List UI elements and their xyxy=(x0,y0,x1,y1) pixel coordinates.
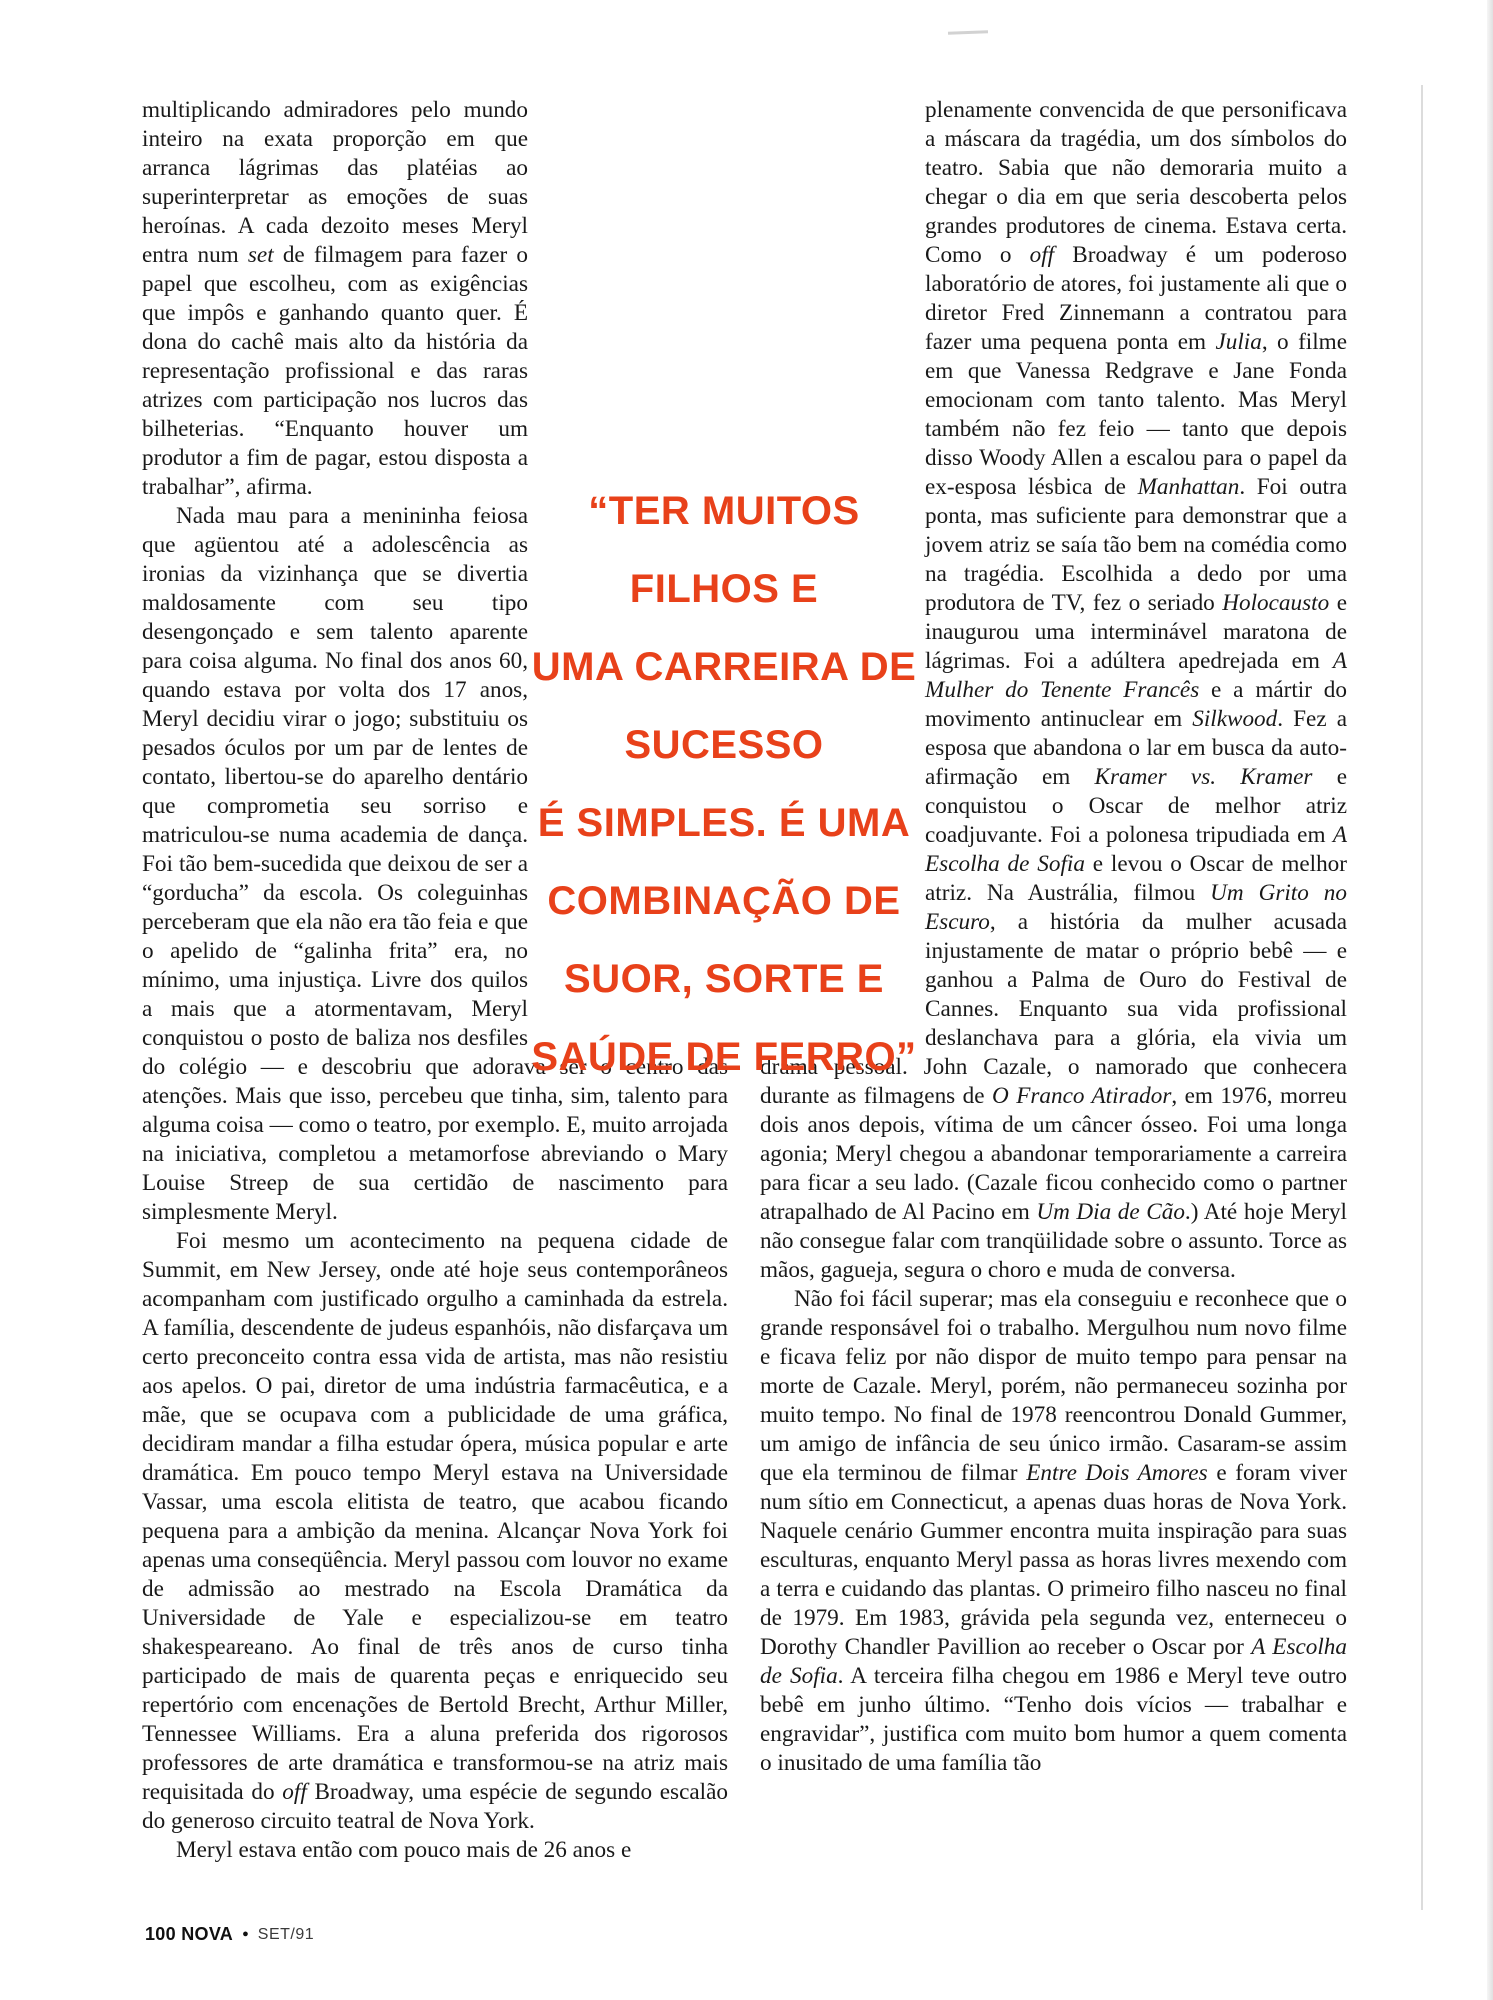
pull-quote-line: SUOR, SORTE E xyxy=(528,940,920,1018)
pull-quote-line: “TER MUITOS xyxy=(528,472,920,550)
scan-artifact-dash xyxy=(948,30,988,34)
pull-quote-line: FILHOS E xyxy=(528,550,920,628)
pull-quote-line: COMBINAÇÃO DE xyxy=(528,862,920,940)
text-run: Meryl estava então com pouco mais de 26 … xyxy=(176,1837,631,1863)
text-run: de filmagem para fazer o papel que escol… xyxy=(142,242,528,500)
pull-quote-line: SUCESSO xyxy=(528,706,920,784)
pull-quote: “TER MUITOS FILHOS E UMA CARREIRA DE SUC… xyxy=(528,472,920,1096)
italic-text-run: Kramer vs. Kramer xyxy=(1095,764,1313,790)
italic-text-run: off xyxy=(1030,242,1054,268)
issue-date: SET/91 xyxy=(258,1926,314,1944)
footer-bullet-icon: ● xyxy=(242,1929,249,1940)
paragraph: Meryl estava então com pouco mais de 26 … xyxy=(142,1836,728,1865)
text-run: e foram viver num sítio em Connecticut, … xyxy=(760,1460,1347,1660)
page-footer: 100 NOVA ● SET/91 xyxy=(145,1924,314,1945)
magazine-name-page-number: 100 NOVA xyxy=(145,1924,233,1945)
pull-quote-line: UMA CARREIRA DE xyxy=(528,628,920,706)
text-run: Foi mesmo um acontecimento na pequena ci… xyxy=(142,1228,728,1805)
italic-text-run: Um Dia de Cão xyxy=(1036,1199,1185,1225)
italic-text-run: Silkwood xyxy=(1192,706,1277,732)
italic-text-run: Manhattan xyxy=(1138,474,1240,500)
scan-edge-line xyxy=(1421,85,1423,1910)
paragraph: multiplicando admiradores pelo mundo int… xyxy=(142,96,728,502)
paragraph: Foi mesmo um acontecimento na pequena ci… xyxy=(142,1227,728,1836)
magazine-page: multiplicando admiradores pelo mundo int… xyxy=(0,0,1493,2000)
text-run: . A terceira filha chegou em 1986 e Mery… xyxy=(760,1663,1347,1776)
italic-text-run: set xyxy=(248,242,274,268)
text-run: Não foi fácil superar; mas ela conseguiu… xyxy=(760,1286,1347,1486)
paragraph: Não foi fácil superar; mas ela conseguiu… xyxy=(760,1285,1347,1778)
italic-text-run: O Franco Atirador xyxy=(992,1083,1171,1109)
pull-quote-line: SAÚDE DE FERRO” xyxy=(528,1018,920,1096)
scan-page-edge-shading xyxy=(1487,0,1493,2000)
italic-text-run: Entre Dois Amores xyxy=(1026,1460,1207,1486)
italic-text-run: Holocausto xyxy=(1222,590,1329,616)
pull-quote-line: É SIMPLES. É UMA xyxy=(528,784,920,862)
italic-text-run: off xyxy=(282,1779,306,1805)
italic-text-run: Julia xyxy=(1215,329,1261,355)
